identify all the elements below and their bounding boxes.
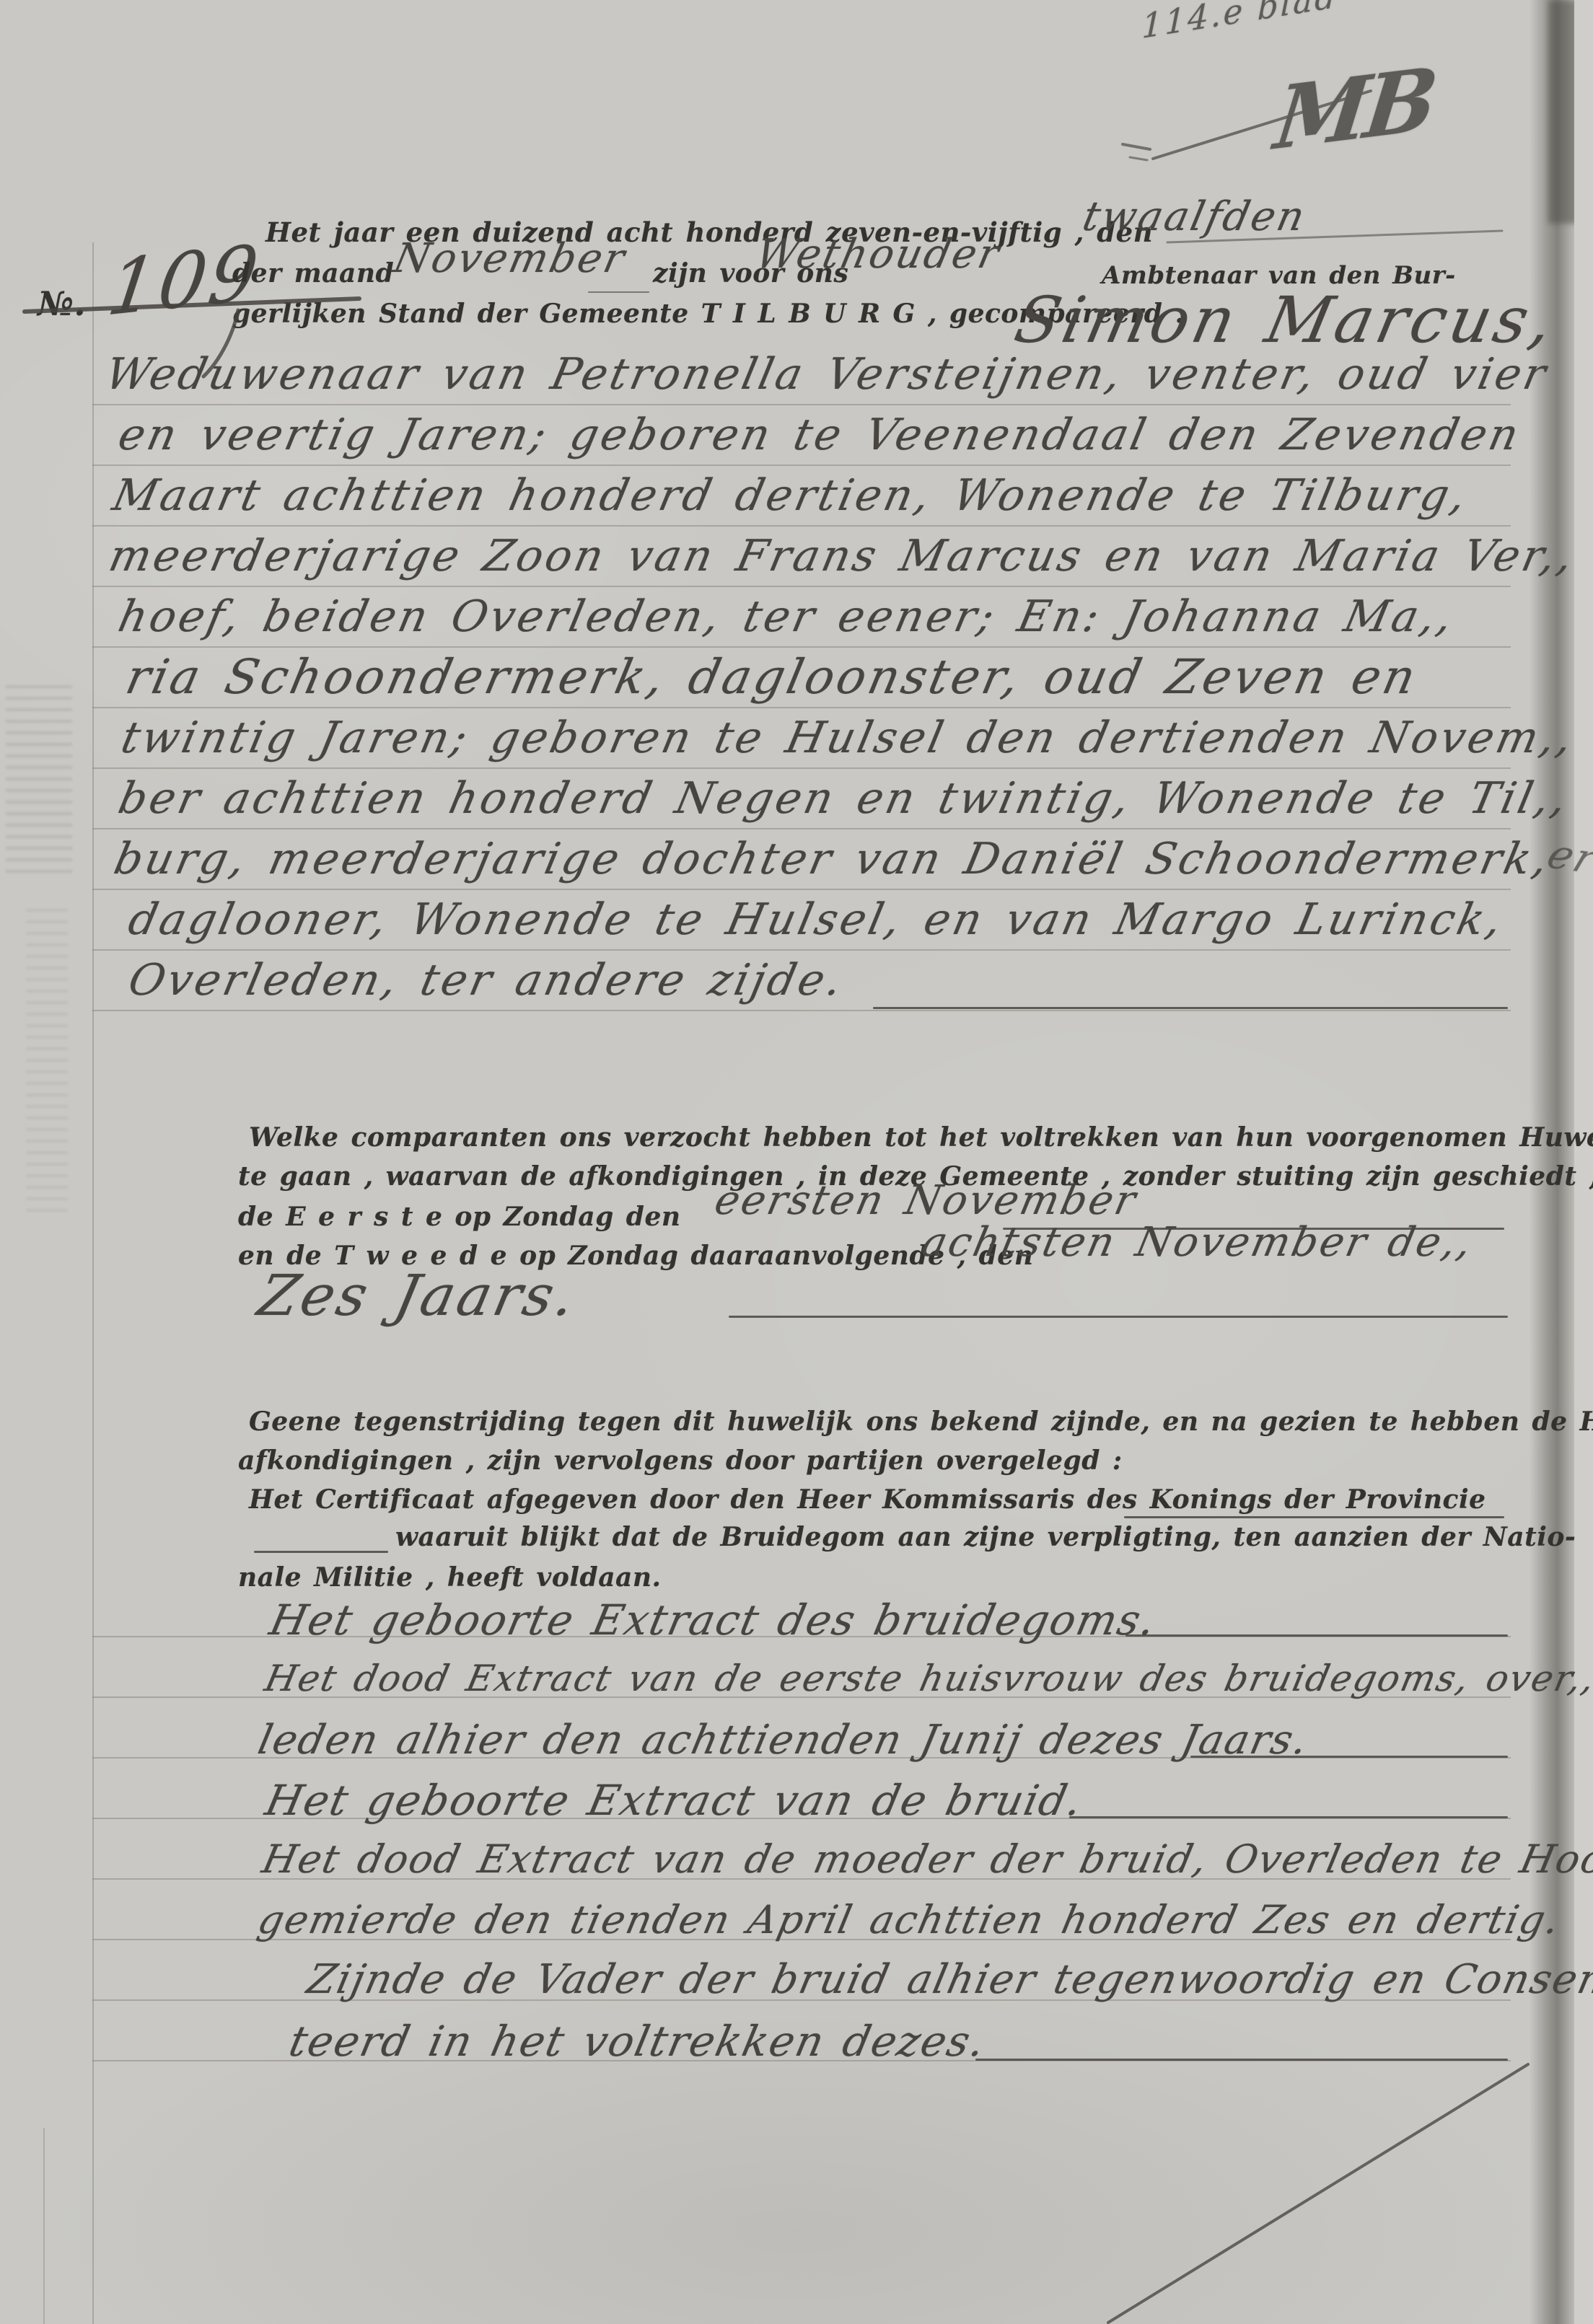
- document-item: Het dood Extract van de moeder der bruid…: [258, 1836, 1593, 1882]
- body-line: en veertig Jaren; geboren te Veenendaal …: [114, 410, 1526, 460]
- document-page: 114.e blad MB №. 109 Het jaar een duizen…: [0, 0, 1593, 2324]
- body-line: ber achttien honderd Negen en twintig, W…: [114, 773, 1574, 824]
- monogram-dash-2: [1130, 157, 1147, 160]
- document-item: leden alhier den achttienden Junij dezes…: [254, 1717, 1313, 1764]
- document-item: Het dood Extract van de eerste huisvrouw…: [261, 1658, 1593, 1699]
- ink-rule-doc-3: [1190, 1756, 1508, 1758]
- hand-first-banns-date: eersten November: [711, 1177, 1141, 1224]
- body-line: daglooner, Wonende te Hulsel, en van Mar…: [124, 894, 1509, 945]
- blank-line-month: [588, 291, 649, 293]
- document-item: Het geboorte Extract des bruidegoms.: [265, 1595, 1161, 1645]
- hand-month: November: [390, 235, 631, 282]
- announcement-line-1: Welke comparanten ons verzocht hebben to…: [249, 1122, 1593, 1153]
- clerk-monogram: MB: [1270, 48, 1439, 170]
- body-line: Maart achttien honderd dertien, Wonende …: [108, 470, 1473, 521]
- document-item: Zijnde de Vader der bruid alhier tegenwo…: [303, 1956, 1593, 2003]
- hand-this-year: Zes Jaars.: [253, 1264, 584, 1329]
- left-fold-line: [92, 242, 94, 2324]
- act-number-prefix: №.: [38, 284, 86, 323]
- body-line: meerderjarige Zoon van Frans Marcus en v…: [105, 531, 1580, 581]
- left-fold-line-short: [43, 2128, 45, 2324]
- hand-official-title: Wethouder: [752, 231, 1005, 278]
- body-line: hoef, beiden Overleden, ter eener; En: J…: [114, 591, 1460, 642]
- left-margin-bleedthrough: [6, 685, 72, 880]
- hand-groom-name: Simon Marcus,: [1009, 283, 1563, 357]
- sheet-number: 114.e blad: [1141, 0, 1338, 46]
- certificate-line-1: Geene tegenstrijding tegen dit huwelijk …: [249, 1407, 1593, 1437]
- certificate-line-4: waaruit blijkt dat de Bruidegom aan zijn…: [395, 1522, 1576, 1552]
- left-margin-bleedthrough-2: [26, 909, 68, 1219]
- document-item: gemierde den tienden April achttien hond…: [254, 1897, 1565, 1942]
- certificate-line-2: afkondigingen , zijn vervolgens door par…: [238, 1445, 1123, 1476]
- ink-rule-after-zijde: [873, 1007, 1508, 1009]
- announcement-first-sunday-label: de E e r s t e op Zondag den: [238, 1202, 681, 1232]
- body-line: burg, meerderjarige dochter van Daniël S…: [110, 834, 1555, 884]
- certificate-line-3: Het Certificaat afgegeven door den Heer …: [249, 1484, 1486, 1515]
- form-line-month-label: der maand: [232, 258, 394, 289]
- bottom-diagonal-stroke: [1108, 2064, 1528, 2323]
- body-line: ria Schoondermerk, dagloonster, oud Zeve…: [121, 649, 1423, 705]
- ink-rule-doc-8: [975, 2059, 1508, 2061]
- act-number: №. 109: [38, 245, 255, 333]
- document-item: teerd in het voltrekken dezes.: [285, 2017, 991, 2066]
- ink-rule-doc-4: [1069, 1816, 1508, 1818]
- hand-day: twaalfden: [1079, 193, 1311, 240]
- ink-rule-this-year: [729, 1316, 1508, 1318]
- body-line: Overleden, ter andere zijde.: [124, 955, 849, 1005]
- monogram-dash-1: [1123, 144, 1150, 149]
- body-line: Weduwenaar van Petronella Versteijnen, v…: [101, 349, 1553, 400]
- hand-second-banns-date: achtsten November de,,: [918, 1219, 1478, 1266]
- blank-line-province: [1124, 1516, 1504, 1518]
- blank-line-certificate: [254, 1551, 388, 1553]
- ink-rule-doc-1: [1125, 1634, 1508, 1637]
- body-line: twintig Jaren; geboren te Hulsel den der…: [117, 713, 1579, 763]
- document-item: Het geboorte Extract van de bruid.: [261, 1776, 1088, 1825]
- certificate-line-5: nale Militie , heeft voldaan.: [238, 1562, 662, 1593]
